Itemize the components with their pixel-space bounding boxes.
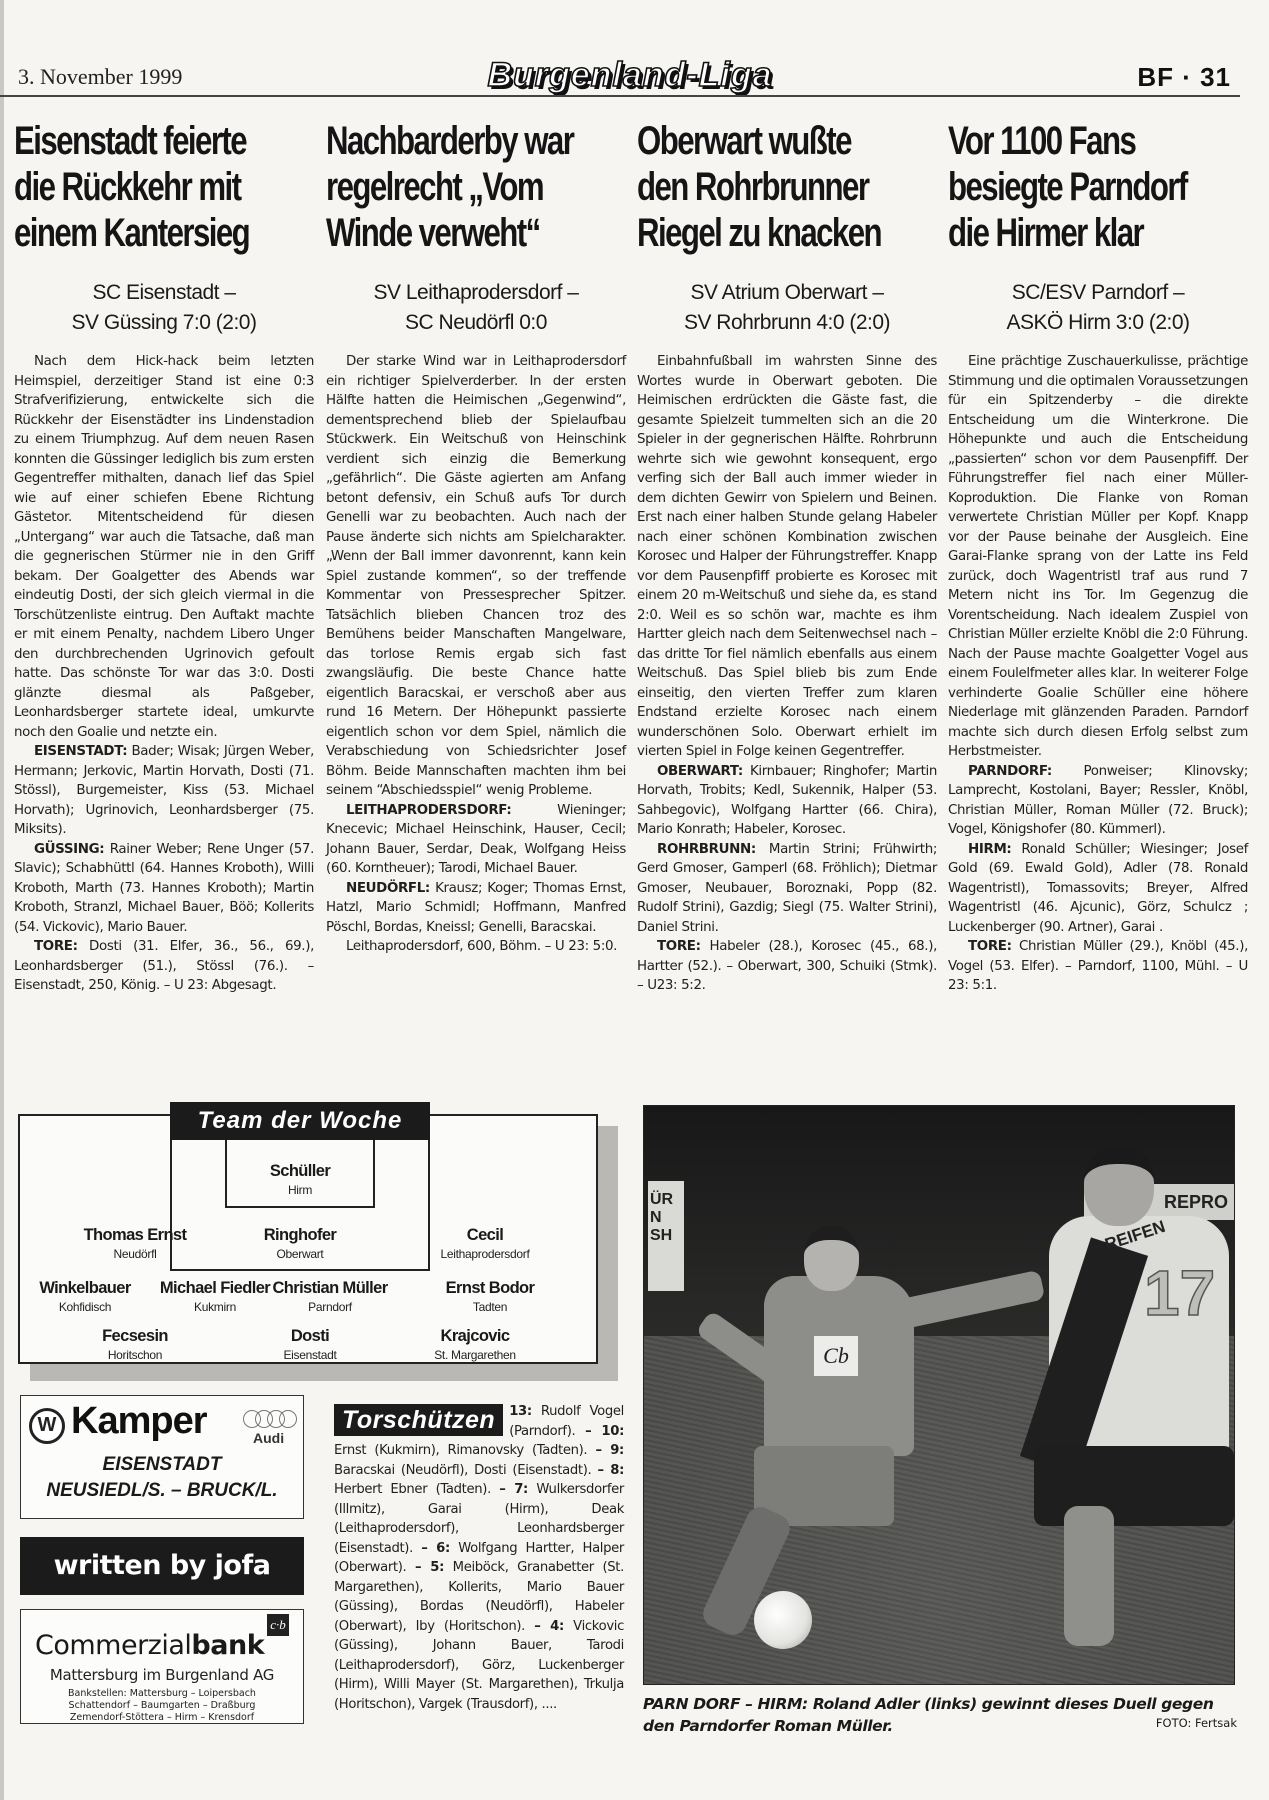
lineup: ROHRBRUNN: Martin Strini; Frühwirth; Ger… [637, 840, 937, 938]
bank-logo-icon: c·b [267, 1614, 289, 1636]
masthead: 3. November 1999 Burgenland-Liga BF · 31 [0, 58, 1269, 98]
goals: TORE: Dosti (31. Elfer, 36., 56., 69.), … [14, 937, 314, 996]
vw-logo-icon [29, 1408, 65, 1444]
match-result: SC/ESV Parndorf – ASKÖ Hirm 3:0 (2:0) [948, 278, 1248, 338]
bank-name: Commerzialbank [35, 1630, 264, 1661]
ad-commerzialbank: c·b Commerzialbank Mattersburg im Burgen… [20, 1609, 304, 1724]
team-of-week: Team der Woche SchüllerHirm Thomas Ernst… [18, 1114, 598, 1364]
article-body: Einbahnfußball im wahrsten Sinne des Wor… [637, 352, 937, 996]
player-defender: Thomas ErnstNeudörfl [60, 1226, 210, 1261]
article-eisenstadt: Eisenstadt feierte die Rückkehr mit eine… [14, 118, 314, 996]
top-scorers-title: Torschützen [334, 1404, 503, 1436]
player-left: Cb [684, 1226, 1024, 1646]
bank-branches: Bankstellen: Mattersburg – Loipersbach S… [21, 1688, 303, 1724]
audi-rings-icon [243, 1410, 301, 1428]
headline: Oberwart wußte den Rohrbrunner Riegel zu… [637, 118, 937, 256]
player-right: REIFEN 17 [994, 1146, 1234, 1646]
player-midfielder: Christian MüllerParndorf [255, 1279, 405, 1314]
author-banner: written by jofa [20, 1537, 304, 1595]
bank-subtitle: Mattersburg im Burgenland AG [21, 1666, 303, 1684]
photo-credit: FOTO: Fertsak [1156, 1716, 1237, 1730]
section-title: Burgenland-Liga [470, 56, 790, 95]
issue-date: 3. November 1999 [18, 64, 182, 90]
page-number: BF · 31 [1137, 62, 1231, 93]
player-forward: FecsesinHoritschon [60, 1327, 210, 1362]
lineup: PARNDORF: Ponweiser; Klinovsky; Lamprech… [948, 762, 1248, 840]
lineup: EISENSTADT: Bader; Wisak; Jürgen Weber, … [14, 742, 314, 840]
match-photo: ÜR N SH REPRO Cb REIFEN 17 [643, 1105, 1235, 1685]
goals: TORE: Habeler (28.), Korosec (45., 68.),… [637, 937, 937, 996]
photo-caption: PARN DORF – HIRM: Roland Adler (links) g… [643, 1693, 1237, 1737]
match-result: SC Eisenstadt – SV Güssing 7:0 (2:0) [14, 278, 314, 338]
dealer-name: Kamper [71, 1400, 207, 1443]
match-result: SV Leithaprodersdorf – SC Neudörfl 0:0 [326, 278, 626, 338]
player-goalkeeper: SchüllerHirm [225, 1162, 375, 1197]
header-rule [0, 95, 1240, 97]
dealer-location: EISENSTADT [21, 1454, 303, 1476]
article-body: Der starke Wind war in Leithaprodersdorf… [326, 352, 626, 957]
goals: TORE: Christian Müller (29.), Knöbl (45.… [948, 937, 1248, 996]
lineup: GÜSSING: Rainer Weber; Rene Unger (57. S… [14, 840, 314, 938]
lineup: NEUDÖRFL: Krausz; Koger; Thomas Ernst, H… [326, 879, 626, 938]
top-scorers: Torschützen 13: Rudolf Vogel (Parndorf).… [334, 1402, 624, 1714]
player-midfielder: Ernst BodorTadten [415, 1279, 565, 1314]
article-parndorf: Vor 1100 Fans besiegte Parndorf die Hirm… [948, 118, 1248, 996]
ad-kamper: Kamper Audi EISENSTADT NEUSIEDL/S. – BRU… [20, 1395, 304, 1519]
headline: Vor 1100 Fans besiegte Parndorf die Hirm… [948, 118, 1248, 256]
article-leithaprodersdorf: Nachbarderby war regelrecht „Vom Winde v… [326, 118, 626, 957]
page-fold-edge [0, 0, 4, 1800]
audi-label: Audi [253, 1430, 284, 1446]
player-midfielder: WinkelbauerKohfidisch [10, 1279, 160, 1314]
football-icon [754, 1591, 812, 1649]
player-defender: CecilLeithaprodersdorf [410, 1226, 560, 1261]
player-defender: RinghoferOberwart [225, 1226, 375, 1261]
player-forward: DostiEisenstadt [235, 1327, 385, 1362]
article-body: Nach dem Hick-hack beim letzten Heimspie… [14, 352, 314, 996]
lineup: LEITHAPRODERSDORF: Wieninger; Knecevic; … [326, 801, 626, 879]
article-oberwart: Oberwart wußte den Rohrbrunner Riegel zu… [637, 118, 937, 996]
ad-board-left: ÜR N SH [648, 1181, 684, 1291]
article-body: Eine prächtige Zuschauerkulisse, prächti… [948, 352, 1248, 996]
team-of-week-title: Team der Woche [170, 1102, 430, 1140]
headline: Eisenstadt feierte die Rückkehr mit eine… [14, 118, 314, 256]
match-result: SV Atrium Oberwart – SV Rohrbrunn 4:0 (2… [637, 278, 937, 338]
headline: Nachbarderby war regelrecht „Vom Winde v… [326, 118, 626, 256]
lineup: HIRM: Ronald Schüller; Wiesinger; Josef … [948, 840, 1248, 938]
player-forward: KrajcovicSt. Margarethen [400, 1327, 550, 1362]
lineup: OBERWART: Kirnbauer; Ringhofer; Martin H… [637, 762, 937, 840]
match-info: Leithaprodersdorf, 600, Böhm. – U 23: 5:… [326, 937, 626, 957]
dealer-locations: NEUSIEDL/S. – BRUCK/L. [21, 1480, 303, 1502]
